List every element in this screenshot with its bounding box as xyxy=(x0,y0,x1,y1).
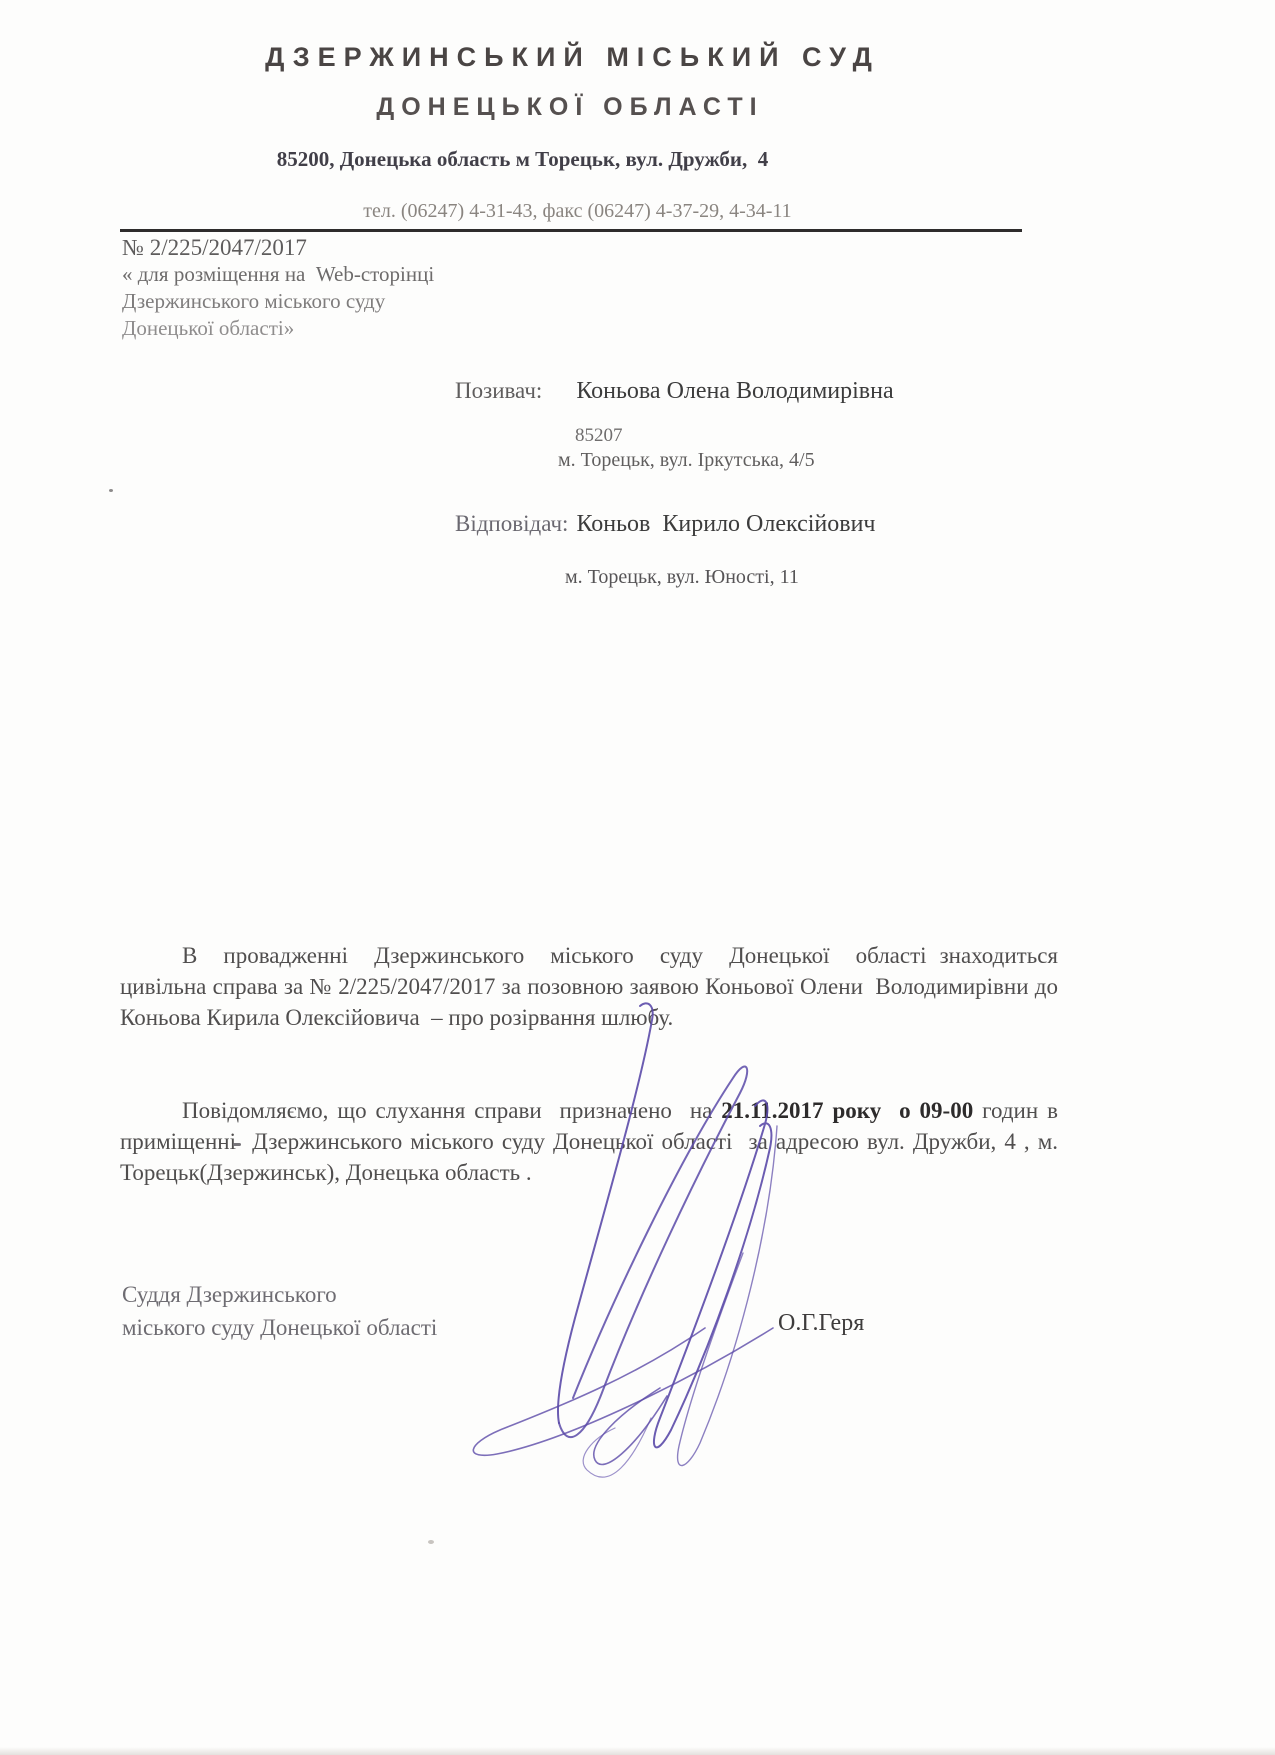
case-number: № 2/225/2047/2017 xyxy=(122,234,434,261)
signature-stroke xyxy=(558,1003,653,1423)
judge-title-line2: міського суду Донецької області xyxy=(122,1311,437,1344)
scan-speck xyxy=(428,1540,434,1544)
court-address: 85200, Донецька область м Торецьк, вул. … xyxy=(0,147,1045,172)
scan-bottom-edge xyxy=(0,1747,1275,1755)
defendant-address: м. Торецьк, вул. Юності, 11 xyxy=(565,566,799,589)
defendant-row: Відповідач:Коньов Кирило Олексійович xyxy=(455,511,876,538)
court-name-line1: ДЗЕРЖИНСЬКИЙ МІСЬКИЙ СУД xyxy=(0,42,1145,73)
plaintiff-address: м. Торецьк, вул. Іркутська, 4/5 xyxy=(558,449,815,472)
header-divider xyxy=(120,229,1022,232)
publication-note-line3: Донецької області» xyxy=(122,315,434,342)
defendant-name: Коньов Кирило Олексійович xyxy=(576,511,875,537)
signature-stroke xyxy=(583,1418,651,1477)
court-name-line2: ДОНЕЦЬКОЇ ОБЛАСТІ xyxy=(0,93,1140,122)
reference-block: № 2/225/2047/2017 « для розміщення на We… xyxy=(122,234,434,342)
plaintiff-row: Позивач:Коньова Олена Володимирівна xyxy=(455,378,894,405)
judge-signature-ink xyxy=(455,998,795,1505)
plaintiff-postcode: 85207 xyxy=(575,425,623,447)
signature-stroke xyxy=(473,1328,773,1455)
judge-name: О.Г.Геря xyxy=(778,1310,864,1337)
scanned-court-letter: ДЗЕРЖИНСЬКИЙ МІСЬКИЙ СУД ДОНЕЦЬКОЇ ОБЛАС… xyxy=(0,0,1275,1755)
publication-note-line2: Дзержинського міського суду xyxy=(122,288,434,315)
defendant-label: Відповідач: xyxy=(455,511,576,536)
scan-speck xyxy=(109,489,113,492)
publication-note-line1: « для розміщення на Web-сторінці xyxy=(122,261,434,288)
judge-title-block: Суддя Дзержинського міського суду Донець… xyxy=(122,1278,437,1344)
judge-title-line1: Суддя Дзержинського xyxy=(122,1278,437,1311)
scan-speck xyxy=(233,1143,241,1146)
court-phone-fax: тел. (06247) 4-31-43, факс (06247) 4-37-… xyxy=(0,200,1155,223)
plaintiff-label: Позивач: xyxy=(455,378,576,403)
signature-stroke xyxy=(559,1066,747,1437)
plaintiff-name: Коньова Олена Володимирівна xyxy=(576,378,893,404)
